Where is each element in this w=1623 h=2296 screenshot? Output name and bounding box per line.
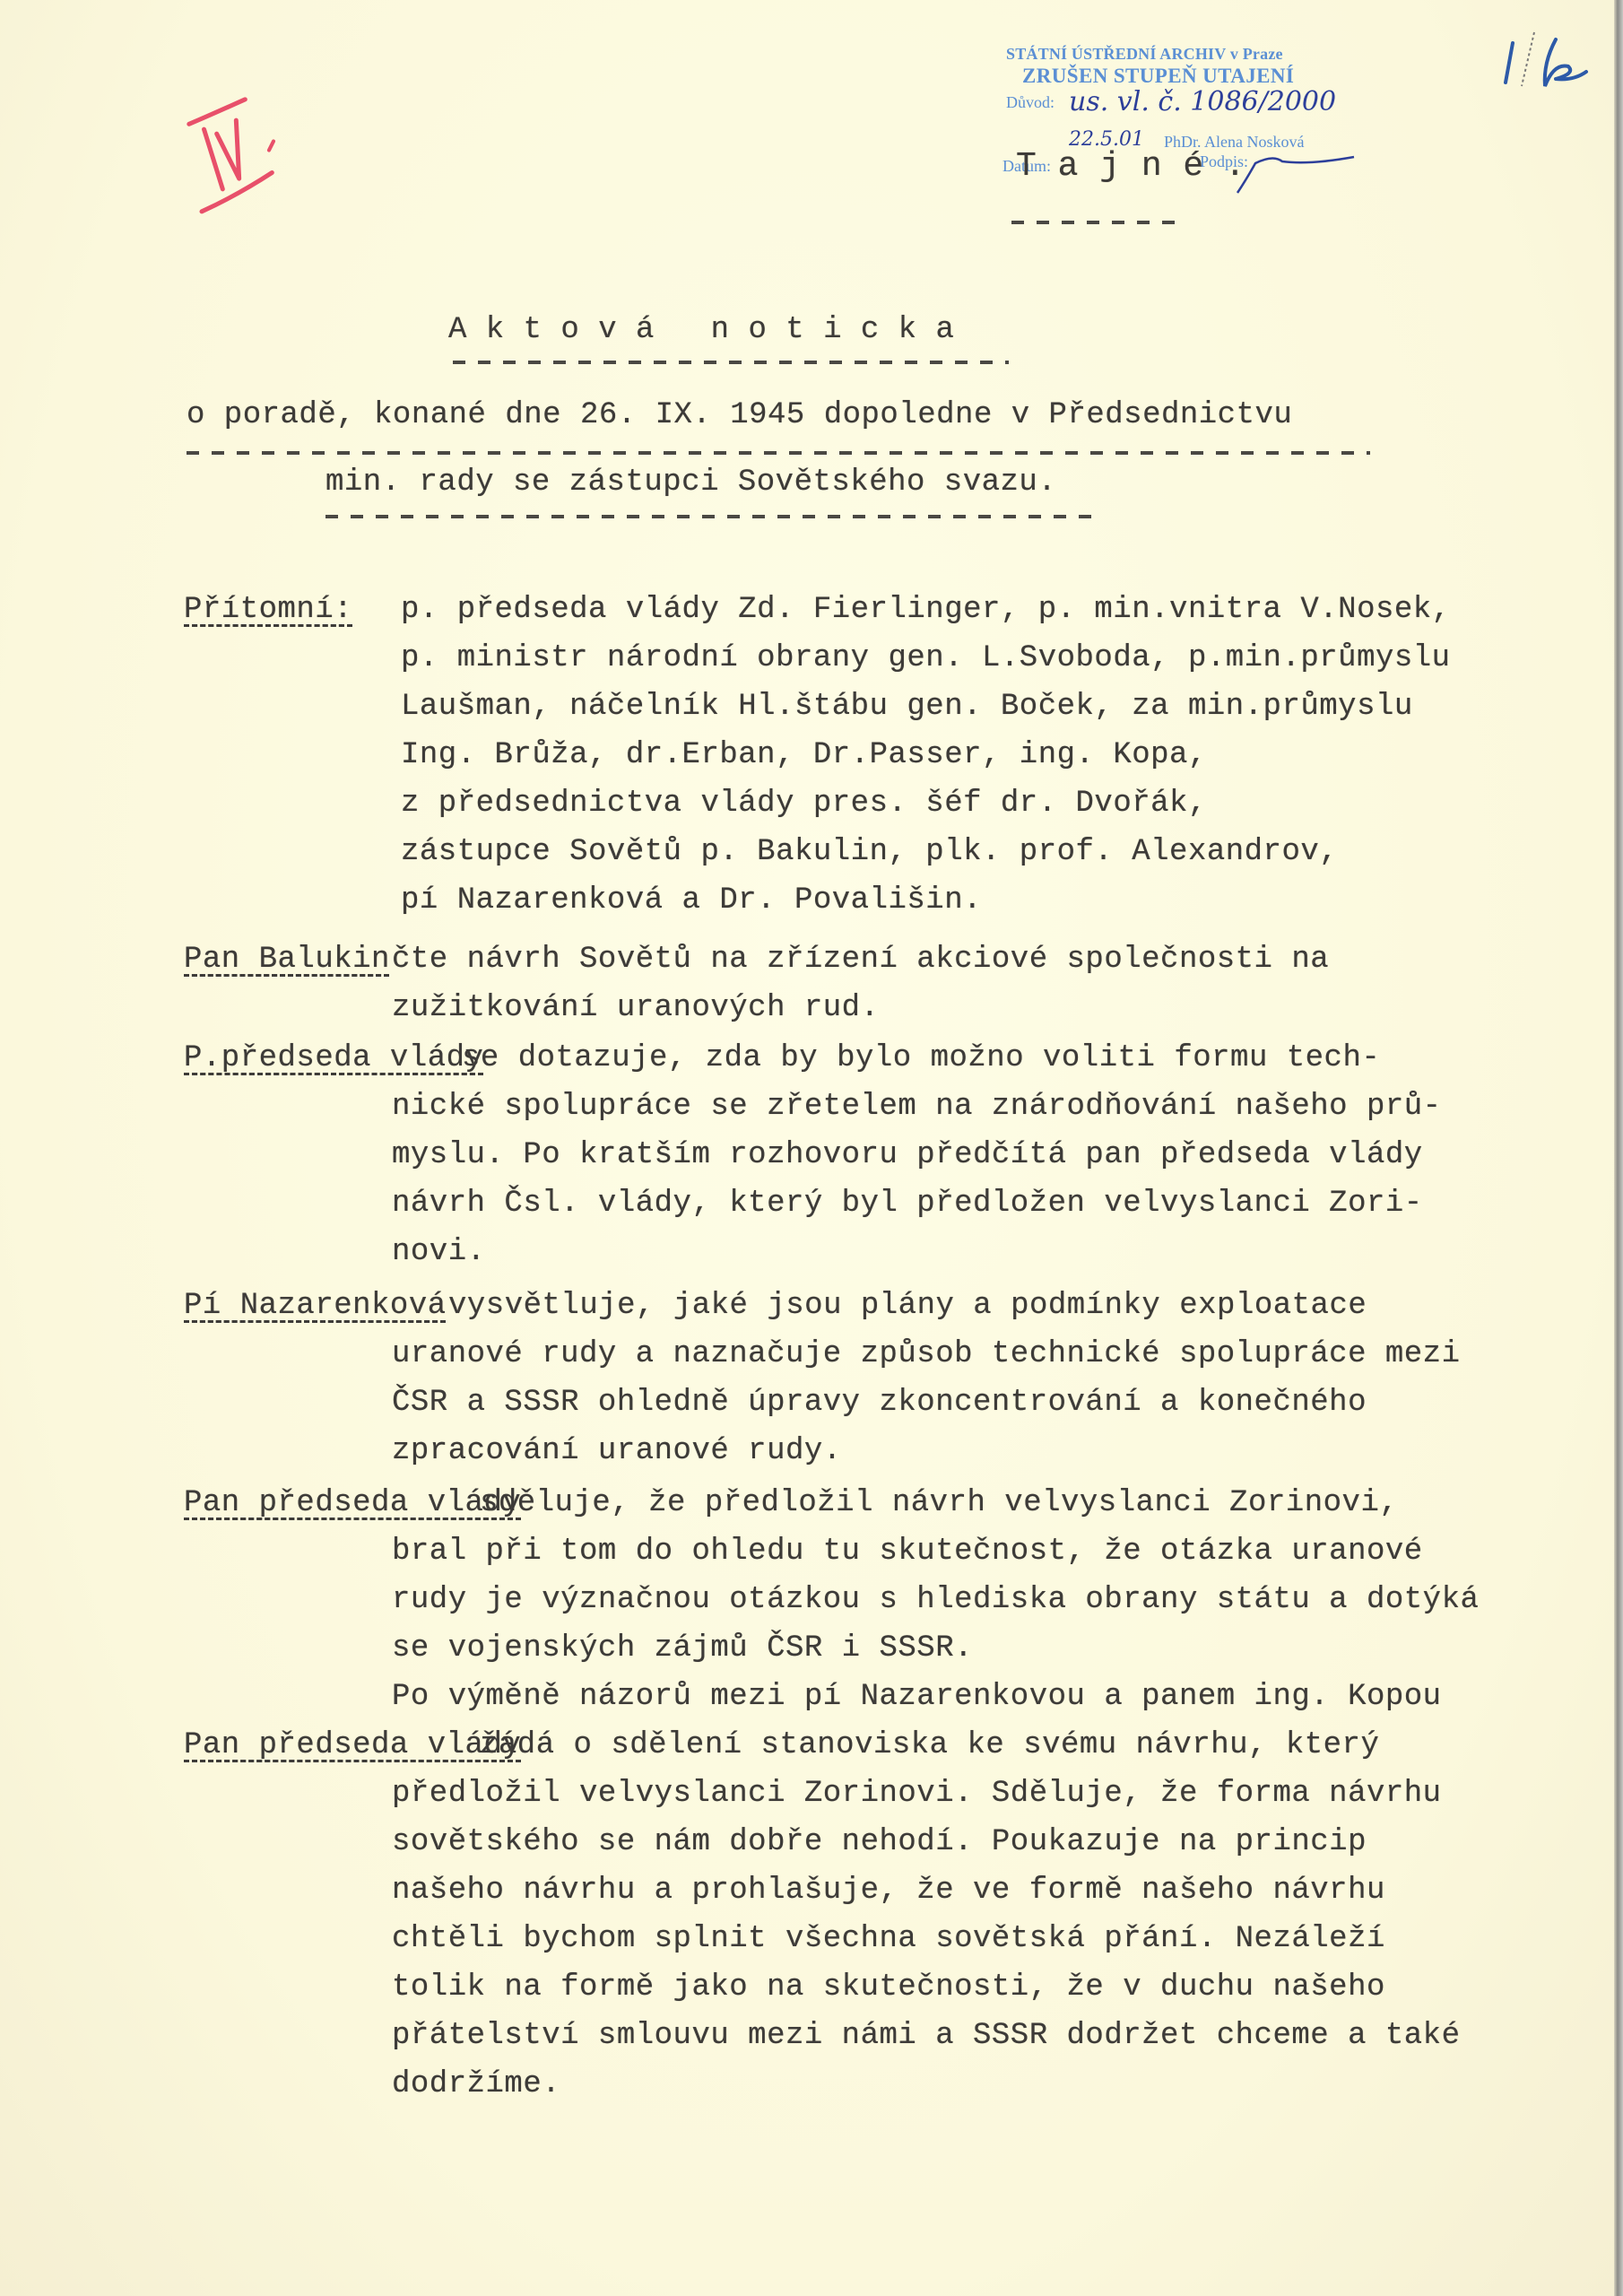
signature-scribble-icon — [1228, 152, 1363, 197]
paragraph-line: našeho návrhu a prohlašuje, že ve formě … — [392, 1873, 1385, 1909]
paragraph-line: rudy je význačnou otázkou s hlediska obr… — [392, 1582, 1479, 1618]
page-edge-shadow — [1614, 0, 1623, 2296]
paragraph-line: předložil velvyslanci Zorinovi. Sděluje,… — [392, 1776, 1442, 1812]
paragraph-line: zužitkování uranových rud. — [392, 990, 880, 1026]
attendees-line: Ing. Brůža, dr.Erban, Dr.Passer, ing. Ko… — [401, 737, 1207, 773]
attendees-line: zástupce Sovětů p. Bakulin, plk. prof. A… — [401, 834, 1338, 870]
stamp-archive-name: STÁTNÍ ÚSTŘEDNÍ ARCHIV v Praze — [1006, 45, 1283, 64]
paragraph-line: se dotazuje, zda by bylo možno voliti fo… — [462, 1040, 1380, 1076]
paragraph-line: žádá o sdělení stanoviska ke svému návrh… — [480, 1727, 1379, 1763]
paragraph-line: myslu. Po kratším rozhovoru předčítá pan… — [392, 1137, 1423, 1173]
subtitle-underline-1 — [187, 451, 1370, 455]
stamp-declassified: ZRUŠEN STUPEŇ UTAJENÍ — [1022, 65, 1294, 88]
section-label-attendees: Přítomní: — [184, 592, 352, 628]
paragraph-line: zpracování uranové rudy. — [392, 1433, 842, 1469]
paragraph-line: vysvětluje, jaké jsou plány a podmínky e… — [448, 1288, 1367, 1324]
paragraph-line: dodržíme. — [392, 2066, 560, 2102]
paragraph-line: návrh Čsl. vlády, který byl předložen ve… — [392, 1186, 1423, 1222]
handwritten-reason: us. vl. č. 1086/2000 — [1069, 86, 1336, 117]
speaker-label-balukin: Pan Balukin — [184, 942, 390, 978]
attendees-line: pí Nazarenková a Dr. Povališin. — [401, 883, 982, 918]
paragraph-line: uranové rudy a naznačuje způsob technick… — [392, 1336, 1461, 1372]
paragraph-line: tolik na formě jako na skutečnosti, že v… — [392, 1970, 1385, 2005]
attendees-line: p. ministr národní obrany gen. L.Svoboda… — [401, 640, 1451, 676]
speaker-label-prime-minister: Pan předseda vlády — [184, 1727, 521, 1763]
document-title: A k t o v á n o t i c k a — [448, 312, 954, 348]
classification-label: T a j n é . — [1016, 149, 1245, 185]
subtitle-line-2: min. rady se zástupci Sovětského svazu. — [325, 465, 1056, 500]
paragraph-line: se vojenských zájmů ČSR i SSSR. — [392, 1631, 973, 1666]
paragraph-line: sovětského se nám dobře nehodí. Poukazuj… — [392, 1824, 1367, 1860]
page-number-mark — [1493, 27, 1601, 99]
attendees-line: p. předseda vlády Zd. Fierlinger, p. min… — [401, 592, 1451, 628]
subtitle-line-1: o poradě, konané dne 26. IX. 1945 dopole… — [187, 397, 1292, 433]
paragraph-line: přátelství smlouvu mezi námi a SSSR dodr… — [392, 2018, 1461, 2054]
paragraph-line: bral při tom do ohledu tu skutečnost, že… — [392, 1534, 1423, 1570]
attendees-line: z předsednictva vlády pres. šéf dr. Dvoř… — [401, 786, 1207, 822]
speaker-label-prime-minister: Pan předseda vlády — [184, 1485, 521, 1521]
subtitle-underline-2 — [325, 515, 1104, 518]
speaker-label-prime-minister: P.předseda vlády — [184, 1040, 483, 1076]
stamp-reason-label: Důvod: — [1006, 93, 1055, 112]
classification-underline — [1011, 221, 1184, 224]
paragraph-line: chtěli bychom splnit všechna sovětská př… — [392, 1921, 1385, 1957]
roman-numeral-iv-mark — [170, 90, 305, 233]
attendees-line: Laušman, náčelník Hl.štábu gen. Boček, z… — [401, 689, 1413, 725]
paragraph-line: sděluje, že předložil návrh velvyslanci … — [480, 1485, 1398, 1521]
title-underline — [453, 361, 1009, 364]
paragraph-line: čte návrh Sovětů na zřízení akciové spol… — [392, 942, 1329, 978]
paragraph-line: nické spolupráce se zřetelem na znárodňo… — [392, 1089, 1442, 1125]
paragraph-line: novi. — [392, 1234, 486, 1270]
paragraph-line: ČSR a SSSR ohledně úpravy zkoncentrování… — [392, 1385, 1367, 1421]
paragraph-line: Po výměně názorů mezi pí Nazarenkovou a … — [392, 1679, 1442, 1715]
speaker-label-nazarenkova: Pí Nazarenková — [184, 1288, 447, 1324]
